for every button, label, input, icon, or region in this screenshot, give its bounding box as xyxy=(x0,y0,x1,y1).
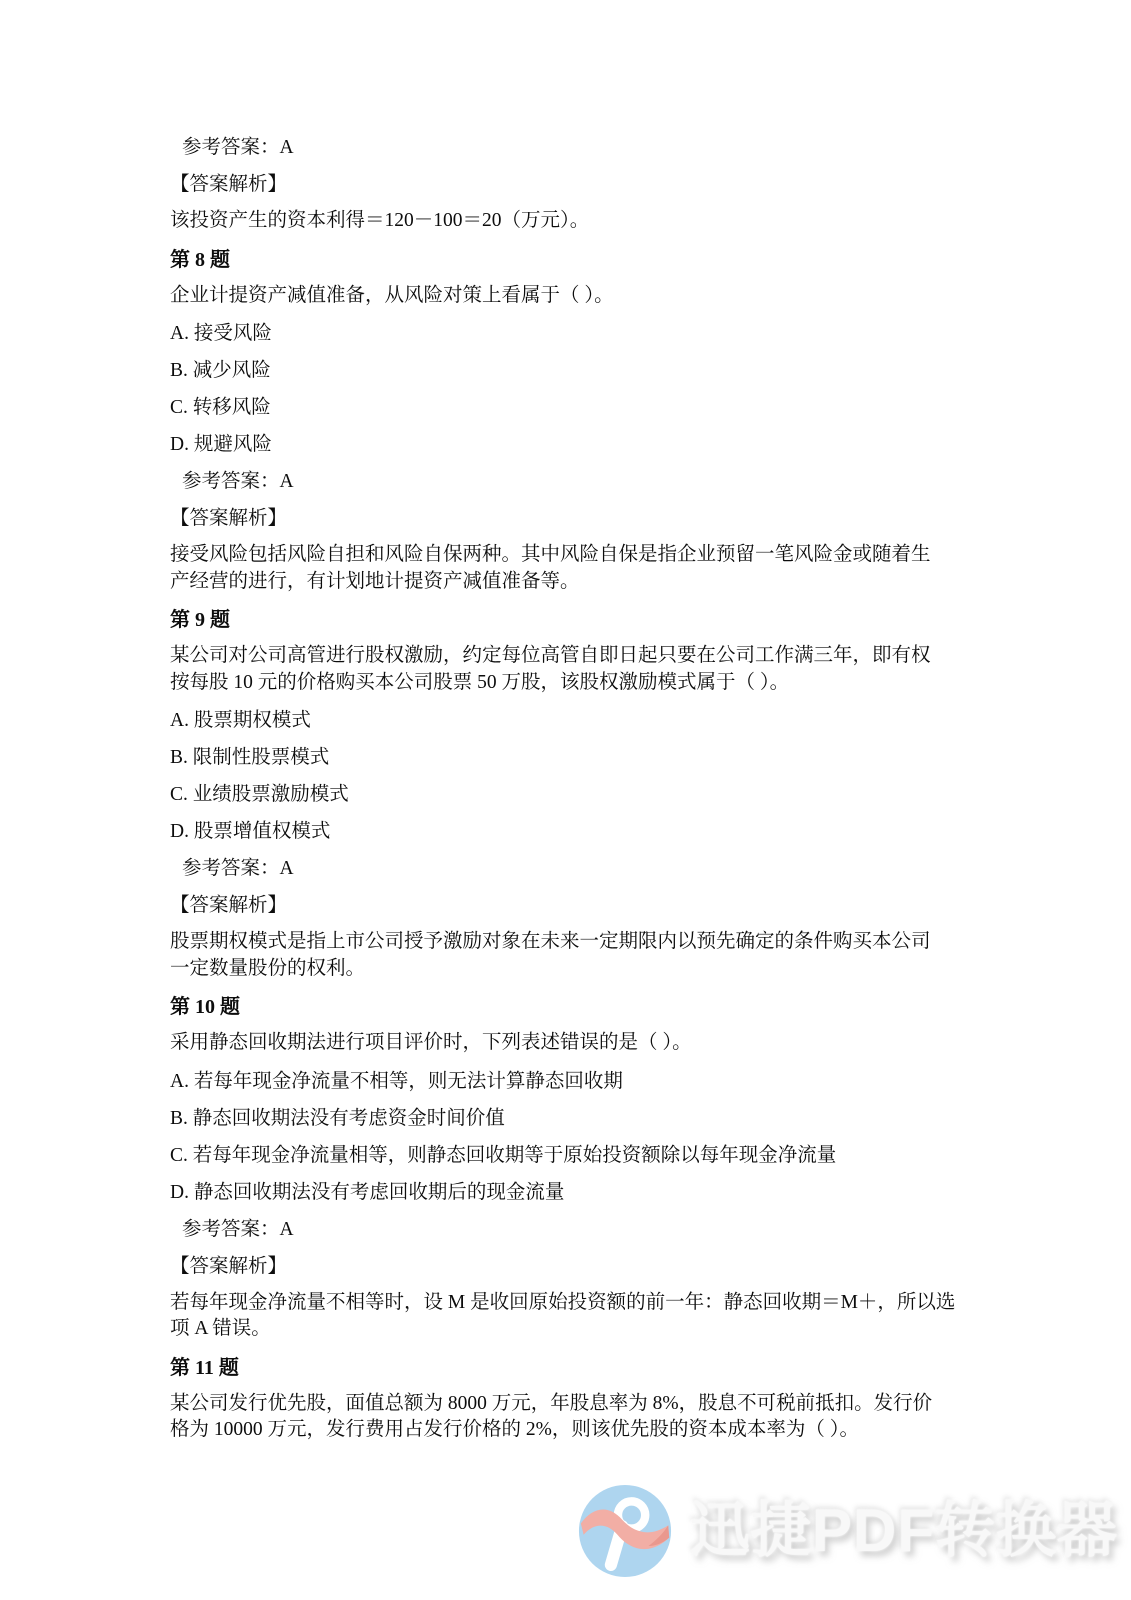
paragraph-line: 接受风险包括风险自担和风险自保两种。其中风险自保是指企业预留一笔风险金或随着生 xyxy=(170,542,965,569)
analysis-label: 【答案解析】 xyxy=(170,505,965,533)
option-item: B. 减少风险 xyxy=(170,357,965,385)
option-item: C. 业绩股票激励模式 xyxy=(170,781,965,809)
pdf-converter-logo-icon xyxy=(578,1484,672,1578)
paragraph-line: 某公司发行优先股，面值总额为 8000 万元，年股息率为 8%，股息不可税前抵扣… xyxy=(170,1391,965,1418)
option-item: A. 接受风险 xyxy=(170,320,965,348)
reference-answer: 参考答案：A xyxy=(170,1216,965,1244)
option-item: B. 限制性股票模式 xyxy=(170,744,965,772)
analysis-label: 【答案解析】 xyxy=(170,1253,965,1281)
paragraph-line: 格为 10000 万元，发行费用占发行价格的 2%，则该优先股的资本成本率为（ … xyxy=(170,1417,965,1444)
paragraph-line: 某公司对公司高管进行股权激励，约定每位高管自即日起只要在公司工作满三年，即有权 xyxy=(170,643,965,670)
paragraph-line: 一定数量股份的权利。 xyxy=(170,956,965,983)
option-item: C. 若每年现金净流量相等，则静态回收期等于原始投资额除以每年现金净流量 xyxy=(170,1142,965,1170)
option-item: A. 股票期权模式 xyxy=(170,707,965,735)
reference-answer: 参考答案：A xyxy=(170,855,965,883)
paragraph-line: 产经营的进行，有计划地计提资产减值准备等。 xyxy=(170,569,965,596)
paragraph-line: 该投资产生的资本利得＝120－100＝20（万元）。 xyxy=(170,208,965,235)
document-page: 参考答案：A【答案解析】该投资产生的资本利得＝120－100＝20（万元）。第 … xyxy=(0,0,1131,1600)
question-heading: 第 8 题 xyxy=(170,246,965,274)
option-item: D. 股票增值权模式 xyxy=(170,818,965,846)
watermark: 迅捷PDF转换器 xyxy=(578,1484,1118,1578)
analysis-label: 【答案解析】 xyxy=(170,171,965,199)
paragraph-line: 按每股 10 元的价格购买本公司股票 50 万股，该股权激励模式属于（ ）。 xyxy=(170,670,965,697)
paragraph-line: 企业计提资产减值准备，从风险对策上看属于（ ）。 xyxy=(170,283,965,310)
paragraph-line: 若每年现金净流量不相等时，设 M 是收回原始投资额的前一年：静态回收期＝M＋，所… xyxy=(170,1290,965,1317)
reference-answer: 参考答案：A xyxy=(170,468,965,496)
paragraph: 股票期权模式是指上市公司授予激励对象在未来一定期限内以预先确定的条件购买本公司一… xyxy=(170,929,965,982)
paragraph: 某公司对公司高管进行股权激励，约定每位高管自即日起只要在公司工作满三年，即有权按… xyxy=(170,643,965,696)
reference-answer: 参考答案：A xyxy=(170,134,965,162)
option-item: A. 若每年现金净流量不相等，则无法计算静态回收期 xyxy=(170,1068,965,1096)
question-heading: 第 9 题 xyxy=(170,606,965,634)
question-heading: 第 11 题 xyxy=(170,1354,965,1382)
paragraph: 若每年现金净流量不相等时，设 M 是收回原始投资额的前一年：静态回收期＝M＋，所… xyxy=(170,1290,965,1343)
option-item: D. 规避风险 xyxy=(170,431,965,459)
paragraph: 该投资产生的资本利得＝120－100＝20（万元）。 xyxy=(170,208,965,235)
paragraph: 某公司发行优先股，面值总额为 8000 万元，年股息率为 8%，股息不可税前抵扣… xyxy=(170,1391,965,1444)
analysis-label: 【答案解析】 xyxy=(170,892,965,920)
document-content: 参考答案：A【答案解析】该投资产生的资本利得＝120－100＝20（万元）。第 … xyxy=(170,134,965,1455)
paragraph-line: 股票期权模式是指上市公司授予激励对象在未来一定期限内以预先确定的条件购买本公司 xyxy=(170,929,965,956)
paragraph: 企业计提资产减值准备，从风险对策上看属于（ ）。 xyxy=(170,283,965,310)
option-item: C. 转移风险 xyxy=(170,394,965,422)
paragraph-line: 采用静态回收期法进行项目评价时，下列表述错误的是（ ）。 xyxy=(170,1030,965,1057)
question-heading: 第 10 题 xyxy=(170,993,965,1021)
paragraph: 接受风险包括风险自担和风险自保两种。其中风险自保是指企业预留一笔风险金或随着生产… xyxy=(170,542,965,595)
paragraph-line: 项 A 错误。 xyxy=(170,1316,965,1343)
option-item: D. 静态回收期法没有考虑回收期后的现金流量 xyxy=(170,1179,965,1207)
watermark-text: 迅捷PDF转换器 xyxy=(690,1484,1118,1578)
option-item: B. 静态回收期法没有考虑资金时间价值 xyxy=(170,1105,965,1133)
paragraph: 采用静态回收期法进行项目评价时，下列表述错误的是（ ）。 xyxy=(170,1030,965,1057)
